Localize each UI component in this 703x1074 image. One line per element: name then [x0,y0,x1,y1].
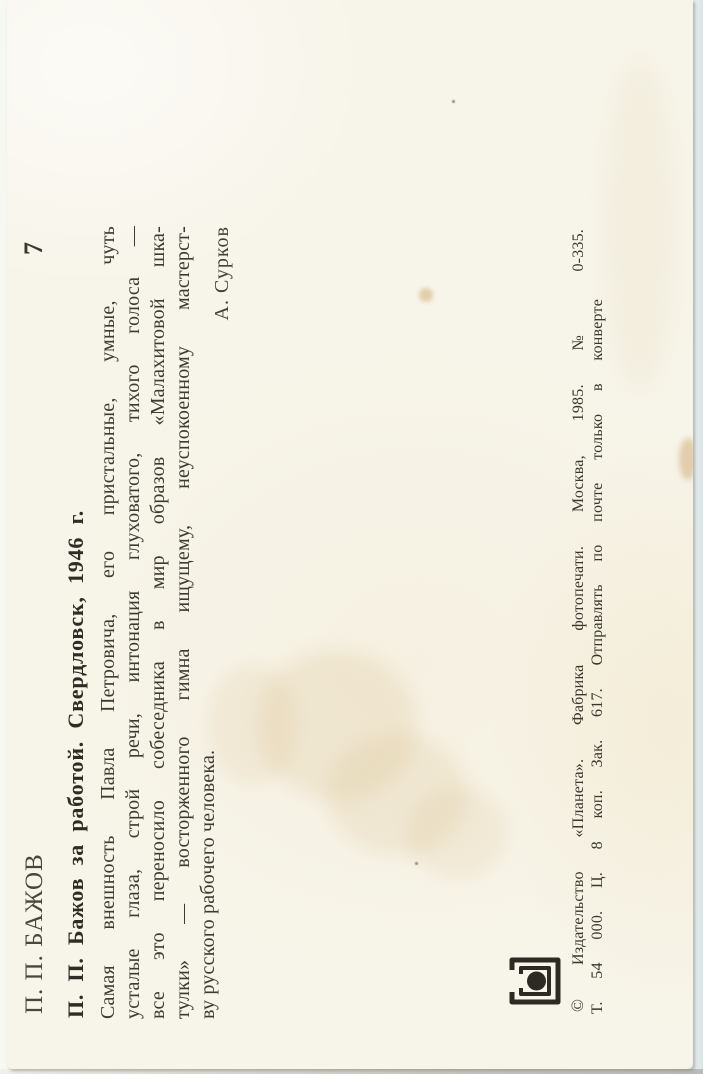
description-line: усталые глаза, строй речи, интонация глу… [121,226,146,1019]
imprint-publisher-text: Издательство «Планета». Фабрика фотопеча… [570,229,587,965]
description-line: Самая внешность Павла Петровича, его при… [96,226,121,1019]
card-number: 7 [19,242,49,255]
imprint-line-print-run: Т. 54 000. Ц. 8 коп. Зак. 617. Отправлят… [588,299,608,1014]
description-line: тулки» — восторженного гимна ищущему, не… [171,226,196,1019]
attribution-author: А. Сурков [211,226,234,469]
photo-caption: П. П. Бажов за работой. Свердловск, 1946… [63,510,89,1018]
copyright-icon: © [568,999,587,1012]
imprint-line-publisher: © Издательство «Планета». Фабрика фотопе… [568,229,588,1012]
scanner-margin-right [693,0,703,1074]
rotated-text-layer: П. П. БАЖОВ 7 П. П. Бажов за работой. Св… [7,0,693,1069]
planeta-publisher-logo-icon [509,955,561,1007]
postcard-scan: П. П. БАЖОВ 7 П. П. Бажов за работой. Св… [0,0,703,1074]
scanner-margin-bottom [0,1069,703,1074]
series-title: П. П. БАЖОВ [21,853,49,1014]
description-line: все это переносило собеседника в мир обр… [146,226,171,1019]
postcard-back: П. П. БАЖОВ 7 П. П. Бажов за работой. Св… [7,0,693,1069]
